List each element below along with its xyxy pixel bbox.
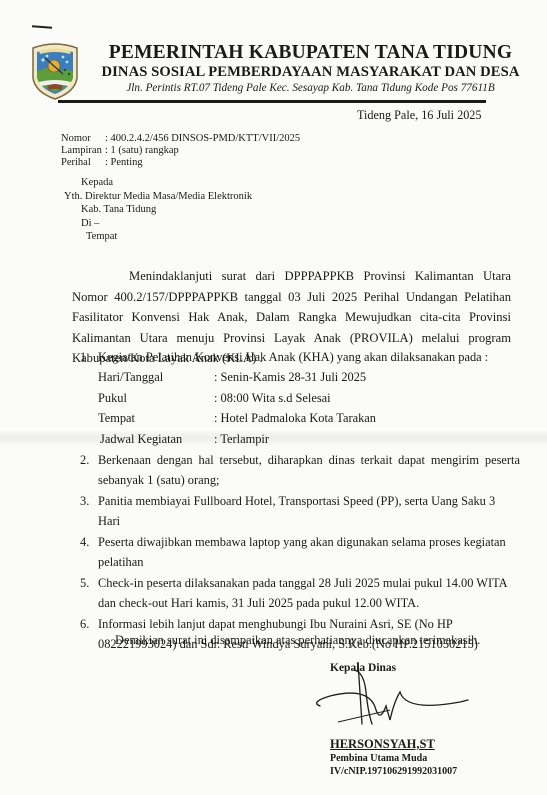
- letterhead: PEMERINTAH KABUPATEN TANA TIDUNG DINAS S…: [88, 42, 533, 95]
- detail-row-time: Pukul: 08:00 Wita s.d Selesai: [98, 388, 520, 409]
- detail-row-schedule: Jadwal Kegiatan: Terlampir: [98, 429, 520, 450]
- letterhead-address: Jln. Perintis RT.07 Tideng Pale Kec. Ses…: [88, 81, 533, 95]
- list-item: 5. Check-in peserta dilaksanakan pada ta…: [80, 573, 520, 613]
- recipient-di: Di –: [64, 217, 252, 231]
- signatory-name: HERSONSYAH,ST: [330, 737, 435, 752]
- list-item: 2. Berkenaan dengan hal tersebut, dihara…: [80, 450, 520, 490]
- recipient-name: Yth. Direktur Media Masa/Media Elektroni…: [64, 190, 252, 204]
- meta-row-lampiran: Lampiran: 1 (satu) rangkap: [61, 145, 300, 157]
- letterhead-government: PEMERINTAH KABUPATEN TANA TIDUNG: [88, 42, 533, 64]
- letter-page: PEMERINTAH KABUPATEN TANA TIDUNG DINAS S…: [0, 0, 547, 795]
- recipient-block: Kepada Yth. Direktur Media Masa/Media El…: [64, 176, 252, 244]
- signature-scribble: [310, 662, 480, 742]
- signature-block: Kepala Dinas HERSONSYAH,ST Pembina Utama…: [330, 662, 530, 674]
- letter-date: Tideng Pale, 16 Juli 2025: [357, 108, 481, 123]
- signatory-rank: Pembina Utama Muda: [330, 753, 427, 764]
- recipient-tempat: Tempat: [64, 230, 252, 244]
- detail-row-place: Tempat: Hotel Padmaloka Kota Tarakan: [98, 408, 520, 429]
- regency-coat-of-arms-icon: [29, 42, 81, 100]
- signatory-nip: IV/cNIP.197106291992031007: [330, 766, 457, 777]
- list-item: 3. Panitia membiayai Fullboard Hotel, Tr…: [80, 491, 520, 531]
- letterhead-divider: [58, 100, 486, 103]
- pen-mark: [32, 25, 52, 28]
- list-item: 1. Kegiatan Pelatihan Konvensi Hak Anak …: [80, 347, 520, 367]
- signatory-title: Kepala Dinas: [330, 662, 530, 674]
- items-list: 1. Kegiatan Pelatihan Konvensi Hak Anak …: [80, 347, 520, 654]
- letterhead-agency: DINAS SOSIAL PEMBERDAYAAN MASYARAKAT DAN…: [88, 64, 533, 81]
- meta-row-perihal: Perihal: Penting: [61, 157, 300, 169]
- list-item: 4. Peserta diwajibkan membawa laptop yan…: [80, 532, 520, 572]
- event-details: Hari/Tanggal: Senin-Kamis 28-31 Juli 202…: [98, 367, 520, 449]
- recipient-region: Kab. Tana Tidung: [64, 203, 252, 217]
- closing-sentence: Demikian surat ini disampaikan atas perh…: [115, 633, 480, 648]
- letter-meta: Nomor: 400.2.4.2/456 DINSOS-PMD/KTT/VII/…: [61, 133, 300, 170]
- detail-row-date: Hari/Tanggal: Senin-Kamis 28-31 Juli 202…: [98, 367, 520, 388]
- meta-row-nomor: Nomor: 400.2.4.2/456 DINSOS-PMD/KTT/VII/…: [61, 133, 300, 145]
- recipient-kepada: Kepada: [64, 176, 252, 190]
